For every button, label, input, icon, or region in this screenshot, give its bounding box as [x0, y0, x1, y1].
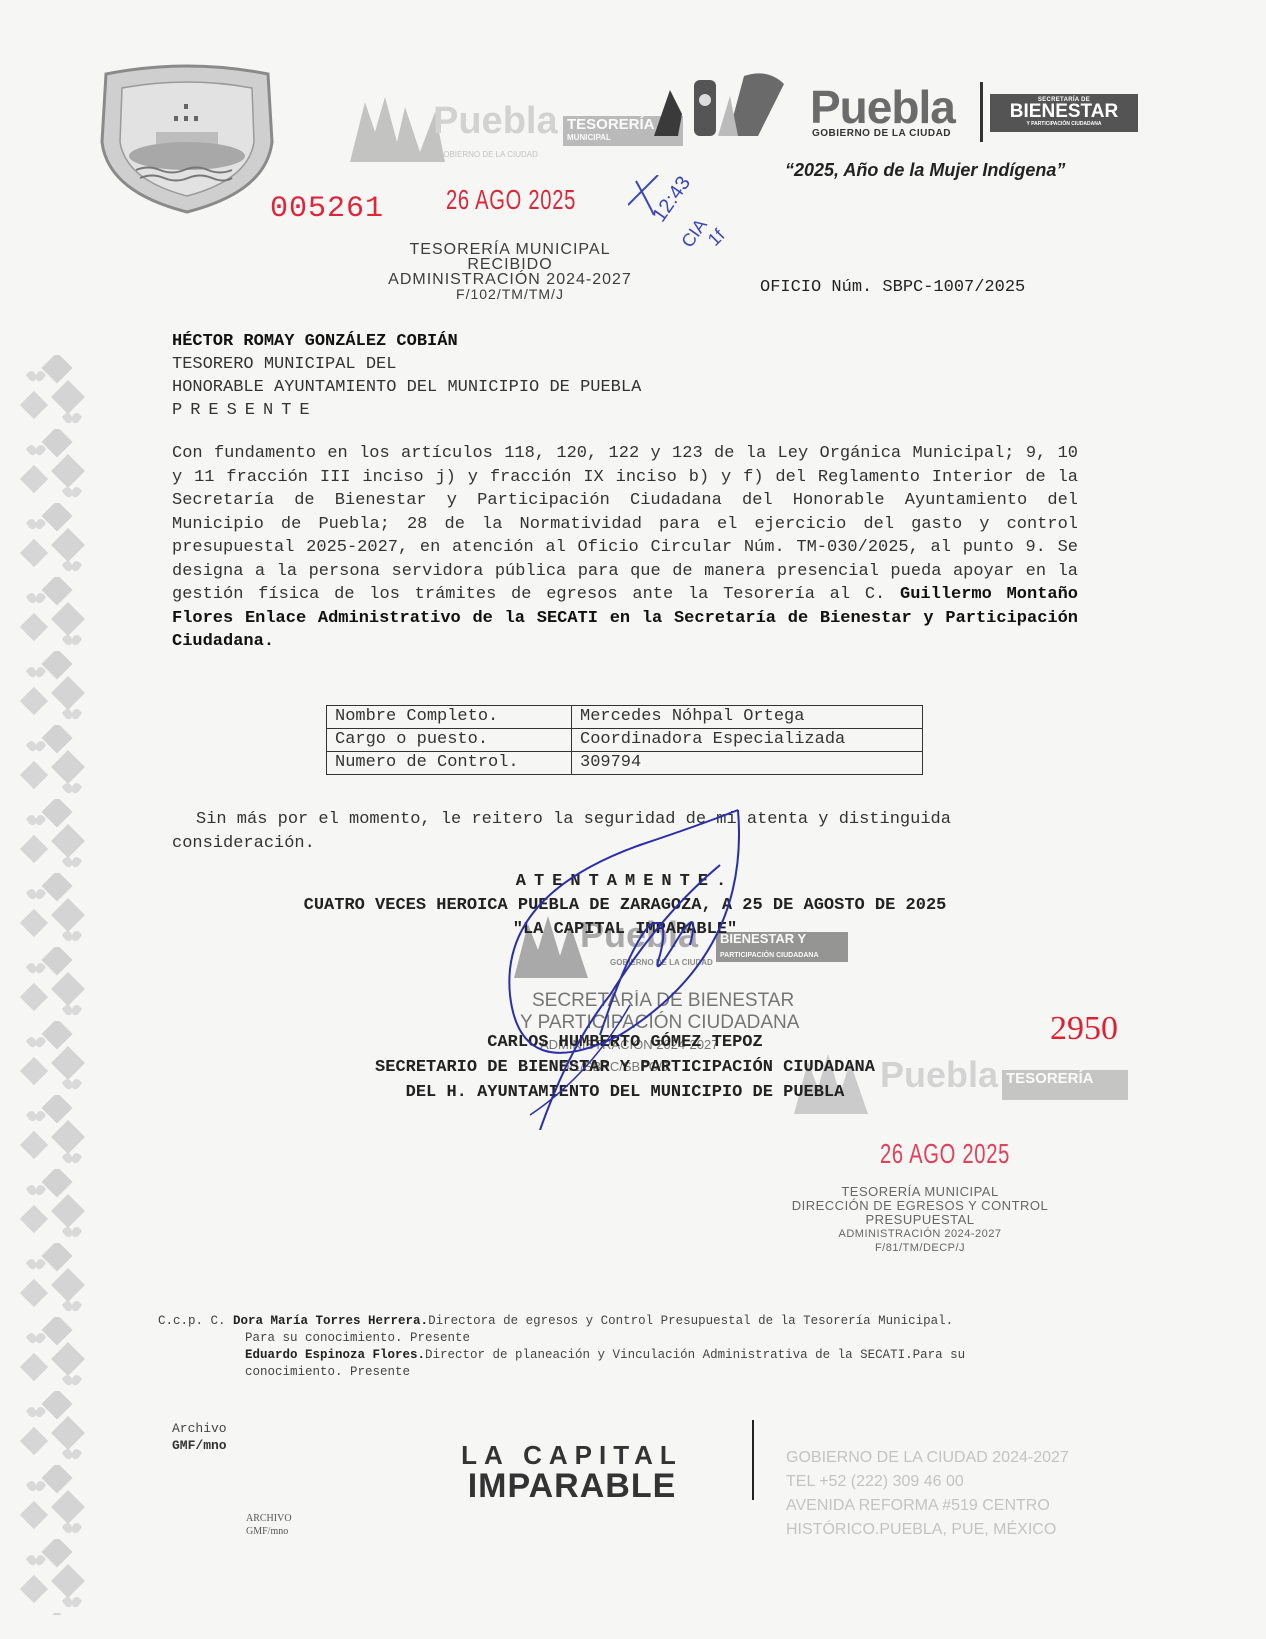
oficio-number: OFICIO Núm. SBPC-1007/2025: [760, 278, 1025, 297]
egresos-date-stamp: 26 AGO 2025: [880, 1138, 1010, 1170]
footer-address: GOBIERNO DE LA CIUDAD 2024-2027 TEL +52 …: [786, 1446, 1069, 1542]
svg-text:12:43: 12:43: [648, 175, 695, 226]
designee-info-table: Nombre Completo. Mercedes Nóhpal Ortega …: [326, 705, 923, 775]
puebla-emblem-icon: [648, 66, 788, 144]
body-paragraph: Con fundamento en los artículos 118, 120…: [172, 442, 1078, 654]
la-capital-imparable-logo: LA CAPITAL IMPARABLE: [412, 1440, 732, 1501]
tesoreria-logo: Puebla TESORERÍA MUNICIPAL GOBIERNO DE L…: [345, 92, 685, 164]
table-row: Cargo o puesto. Coordinadora Especializa…: [327, 729, 923, 752]
gobierno-ciudad-label: GOBIERNO DE LA CIUDAD: [812, 128, 951, 139]
bienestar-badge: SECRETARÍA DE BIENESTAR Y PARTICIPACIÓN …: [990, 94, 1138, 132]
archivo-small-block: ARCHIVO GMF/mno: [246, 1512, 292, 1538]
table-row: Nombre Completo. Mercedes Nóhpal Ortega: [327, 706, 923, 729]
archivo-block: Archivo GMF/mno: [172, 1420, 227, 1454]
footer-divider: [752, 1420, 754, 1500]
folio-stamp: 005261: [270, 192, 384, 226]
addressee-block: HÉCTOR ROMAY GONZÁLEZ COBIÁN TESORERO MU…: [172, 330, 641, 422]
table-row: Numero de Control. 309794: [327, 752, 923, 775]
logo-divider: [980, 82, 983, 142]
year-motto: “2025, Año de la Mujer Indígena”: [785, 160, 1065, 181]
egresos-stamp: TESORERÍA MUNICIPAL DIRECCIÓN DE EGRESOS…: [780, 1185, 1060, 1255]
municipal-shield-logo: [96, 62, 278, 214]
addressee-name: HÉCTOR ROMAY GONZÁLEZ COBIÁN: [172, 330, 641, 353]
ccp-block: C.c.p. C. Dora María Torres Herrera.Dire…: [158, 1313, 1098, 1381]
receipt-number-stamp: 2950: [1050, 1010, 1118, 1048]
decorative-border-pattern: [18, 355, 88, 1615]
recibido-stamp: TESORERÍA MUNICIPAL RECIBIDO ADMINISTRAC…: [375, 242, 645, 302]
handwritten-signature: [500, 805, 740, 1130]
received-date-stamp: 26 AGO 2025: [446, 184, 576, 216]
puebla-wordmark: Puebla: [810, 80, 955, 134]
